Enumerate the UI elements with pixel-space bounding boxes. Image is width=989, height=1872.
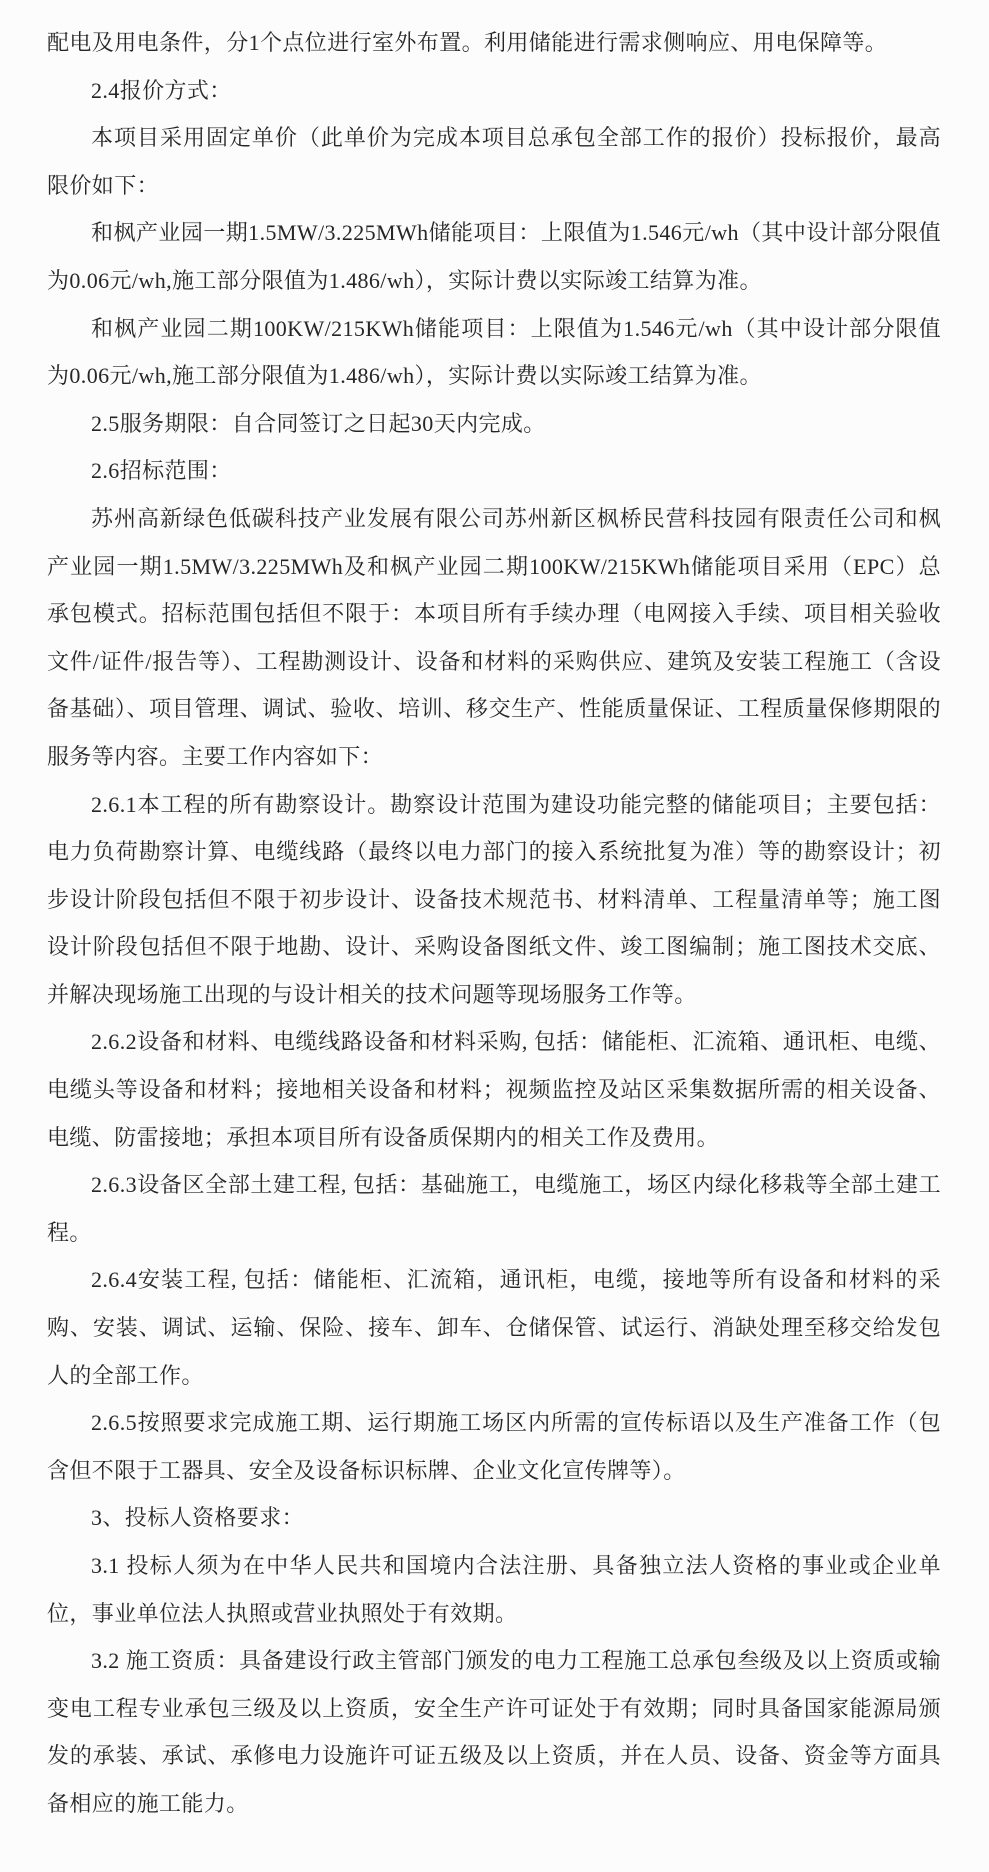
paragraph: 3.2 施工资质：具备建设行政主管部门颁发的电力工程施工总承包叁级及以上资质或输… (47, 1637, 941, 1827)
paragraph: 2.6.4安装工程, 包括：储能柜、汇流箱，通讯柜，电缆，接地等所有设备和材料的… (47, 1256, 941, 1399)
document-page-surface: 配电及用电条件，分1个点位进行室外布置。利用储能进行需求侧响应、用电保障等。2.… (0, 0, 989, 1872)
paragraph: 2.6.3设备区全部土建工程, 包括：基础施工，电缆施工，场区内绿化移栽等全部土… (47, 1161, 941, 1256)
document-body: 配电及用电条件，分1个点位进行室外布置。利用储能进行需求侧响应、用电保障等。2.… (47, 19, 941, 1828)
paragraph: 2.6.5按照要求完成施工期、运行期施工场区内所需的宣传标语以及生产准备工作（包… (47, 1399, 941, 1494)
paragraph: 3、投标人资格要求： (47, 1494, 941, 1542)
paragraph: 配电及用电条件，分1个点位进行室外布置。利用储能进行需求侧响应、用电保障等。 (47, 19, 941, 67)
paragraph: 2.4报价方式： (47, 67, 941, 115)
paragraph: 2.6招标范围： (47, 447, 941, 495)
paragraph: 2.5服务期限：自合同签订之日起30天内完成。 (47, 400, 941, 448)
paragraph: 和枫产业园一期1.5MW/3.225MWh储能项目：上限值为1.546元/wh（… (47, 209, 941, 304)
paragraph: 2.6.1本工程的所有勘察设计。勘察设计范围为建设功能完整的储能项目；主要包括：… (47, 781, 941, 1019)
document-page: { "page": { "background_color": "#fcfcfc… (0, 0, 989, 1872)
paragraph: 苏州高新绿色低碳科技产业发展有限公司苏州新区枫桥民营科技园有限责任公司和枫产业园… (47, 495, 941, 781)
paragraph: 3.1 投标人须为在中华人民共和国境内合法注册、具备独立法人资格的事业或企业单位… (47, 1542, 941, 1637)
paragraph: 2.6.2设备和材料、电缆线路设备和材料采购, 包括：储能柜、汇流箱、通讯柜、电… (47, 1018, 941, 1161)
paragraph: 本项目采用固定单价（此单价为完成本项目总承包全部工作的报价）投标报价，最高限价如… (47, 114, 941, 209)
paragraph: 和枫产业园二期100KW/215KWh储能项目：上限值为1.546元/wh（其中… (47, 305, 941, 400)
